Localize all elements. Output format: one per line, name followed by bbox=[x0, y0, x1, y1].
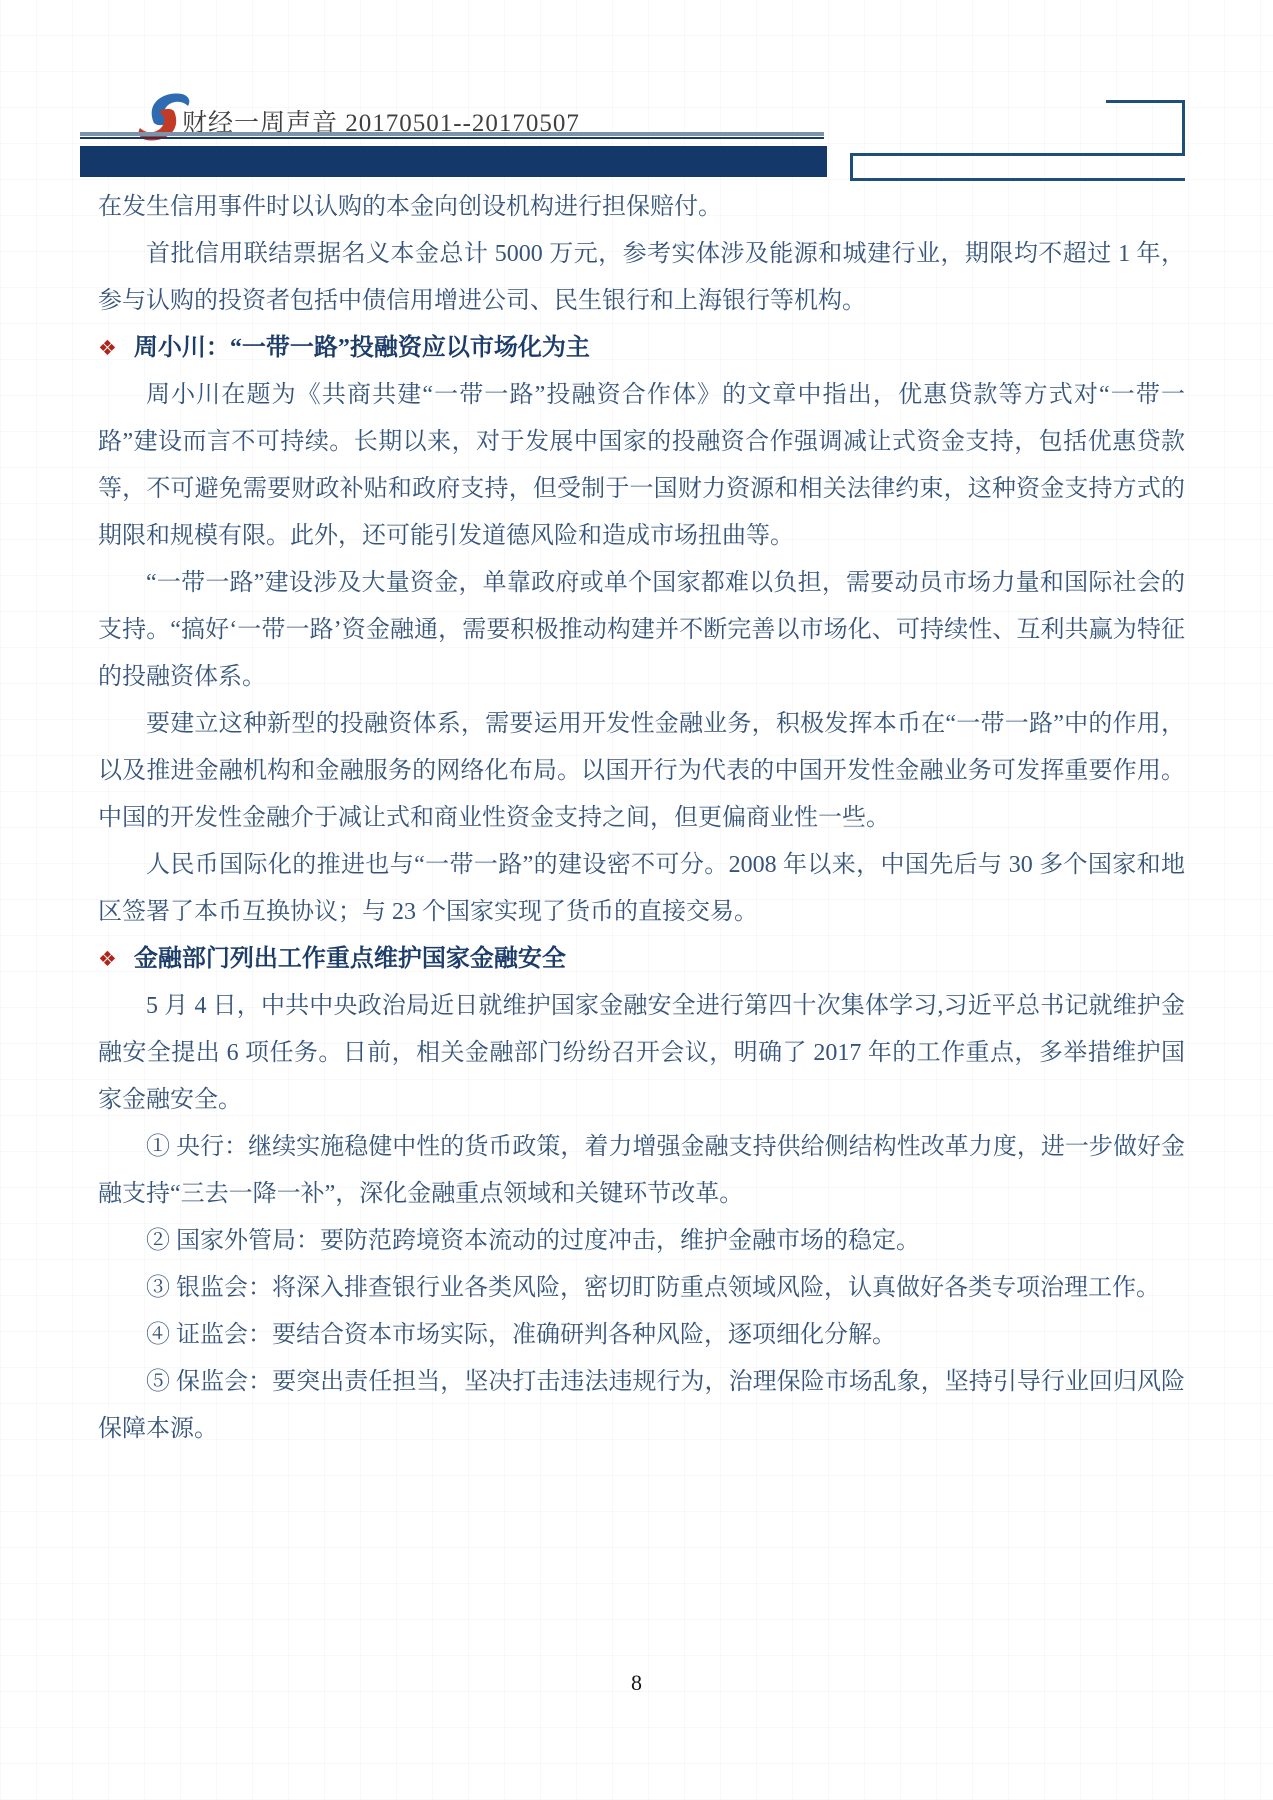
paragraph: ③ 银监会：将深入排查银行业各类风险，密切盯防重点领域风险，认真做好各类专项治理… bbox=[98, 1265, 1185, 1312]
paragraph: ⑤ 保监会：要突出责任担当，坚决打击违法违规行为，治理保险市场乱象，坚持引导行业… bbox=[98, 1359, 1185, 1453]
paragraph: 要建立这种新型的投融资体系，需要运用开发性金融业务，积极发挥本币在“一带一路”中… bbox=[98, 701, 1185, 842]
navy-section-bar bbox=[80, 146, 827, 177]
document-page: 财经一周声音 20170501--20170507 在发生信用事件时以认购的本金… bbox=[0, 0, 1273, 1800]
header-double-rule bbox=[80, 132, 824, 139]
paragraph: ② 国家外管局：要防范跨境资本流动的过度冲击，维护金融市场的稳定。 bbox=[98, 1218, 1185, 1265]
paragraph: ④ 证监会：要结合资本市场实际，准确研判各种风险，逐项细化分解。 bbox=[98, 1312, 1185, 1359]
paragraph: 人民币国际化的推进也与“一带一路”的建设密不可分。2008 年以来，中国先后与 … bbox=[98, 842, 1185, 936]
paragraph: 在发生信用事件时以认购的本金向创设机构进行担保赔付。 bbox=[98, 184, 1185, 231]
page-number: 8 bbox=[0, 1670, 1273, 1696]
section-heading: ❖ 周小川：“一带一路”投融资应以市场化为主 bbox=[98, 325, 1185, 372]
document-body: 在发生信用事件时以认购的本金向创设机构进行担保赔付。 首批信用联结票据名义本金总… bbox=[98, 184, 1185, 1453]
paragraph: 5 月 4 日，中共中央政治局近日就维护国家金融安全进行第四十次集体学习,习近平… bbox=[98, 983, 1185, 1124]
paragraph: “一带一路”建设涉及大量资金，单靠政府或单个国家都难以负担，需要动员市场力量和国… bbox=[98, 560, 1185, 701]
paragraph: 首批信用联结票据名义本金总计 5000 万元，参考实体涉及能源和城建行业，期限均… bbox=[98, 231, 1185, 325]
decorative-textbox-outline-wide bbox=[850, 153, 1185, 181]
diamond-bullet-icon: ❖ bbox=[98, 936, 117, 983]
diamond-bullet-icon: ❖ bbox=[98, 325, 117, 372]
decorative-textbox-outline-top bbox=[1106, 100, 1185, 156]
paragraph: ① 央行：继续实施稳健中性的货币政策，着力增强金融支持供给侧结构性改革力度，进一… bbox=[98, 1124, 1185, 1218]
section-heading-label: 金融部门列出工作重点维护国家金融安全 bbox=[134, 936, 566, 983]
section-heading-label: 周小川：“一带一路”投融资应以市场化为主 bbox=[134, 325, 590, 372]
paragraph: 周小川在题为《共商共建“一带一路”投融资合作体》的文章中指出，优惠贷款等方式对“… bbox=[98, 372, 1185, 560]
section-heading: ❖ 金融部门列出工作重点维护国家金融安全 bbox=[98, 936, 1185, 983]
